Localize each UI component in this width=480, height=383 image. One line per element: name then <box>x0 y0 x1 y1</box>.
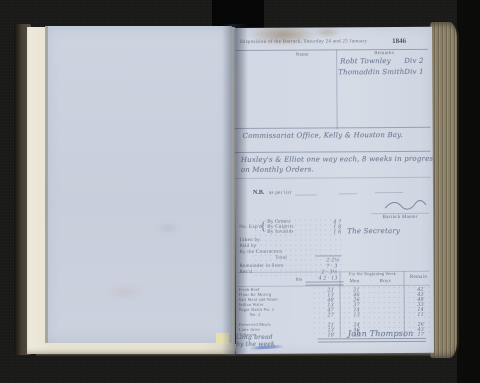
entry-note: Div 2 <box>404 57 424 65</box>
page-header-caption: Disposition of the Barrack, Saturday 24 … <box>240 39 367 45</box>
dash-rule <box>339 193 357 194</box>
table-row-label: Preserved Meats <box>239 323 271 327</box>
right-ledger-page: Disposition of the Barrack, Saturday 24 … <box>234 27 434 354</box>
form-extra-label: Remainder in Store <box>239 264 283 269</box>
scanned-book-photo: Disposition of the Barrack, Saturday 24 … <box>0 0 480 383</box>
dash-rule <box>295 194 317 195</box>
table-row-label: Indian Water <box>239 303 264 307</box>
entry-name: Robt Townley <box>340 57 391 65</box>
blue-pencil-mark <box>250 345 284 350</box>
table-total-double-rule <box>318 338 426 343</box>
nb-text: as per list <box>269 191 291 196</box>
form-total-rule <box>315 255 341 256</box>
nb-label: N.B. <box>253 190 264 196</box>
secretary-note: The Secretary <box>347 227 400 235</box>
form-total-label: Total <box>275 256 287 261</box>
table-row-label: Salt Meal and Water <box>239 298 279 302</box>
left-blank-page <box>45 26 232 343</box>
table-subcol-boys: Boys <box>380 279 392 284</box>
form-brace: { <box>260 219 266 234</box>
page-stain <box>312 27 342 37</box>
dash-rule <box>375 192 403 193</box>
page-year: 1846 <box>392 37 406 45</box>
signature: John Thompson <box>348 329 414 338</box>
background-right-shadow <box>457 0 480 383</box>
table-subcol-men: Men <box>350 279 360 284</box>
handwritten-note-line: on Monthly Orders. <box>241 166 314 174</box>
form-group-item: By Invalids <box>267 230 294 235</box>
table-row-label: No. 2 <box>250 313 261 317</box>
officer-title: Barrack Master <box>375 215 425 220</box>
handwritten-note-line: Huxley's & Elliot one way each, 8 weeks … <box>241 155 434 164</box>
table-cell: 13 <box>346 312 360 318</box>
page-stain <box>105 284 145 300</box>
table-row-label: Flour &c Morn'g <box>239 293 272 297</box>
column-header-name: Name <box>282 52 322 57</box>
table-cell: 27 <box>320 312 334 318</box>
column-header-remarks: Remarks <box>362 51 406 56</box>
table-row-label: Fresh Beef <box>239 288 260 292</box>
book-fore-edge-page-stack <box>430 22 459 358</box>
left-page-edge-strip <box>45 26 48 343</box>
section-rule <box>235 177 431 179</box>
column-divider <box>336 49 337 129</box>
handwritten-note-line: Commissariat Office, Kelly & Houston Bay… <box>243 131 403 140</box>
form-row-label: By the Contractors <box>239 250 282 255</box>
table-vertical-rule <box>403 271 404 337</box>
table-cell: 11 <box>408 312 424 318</box>
table-row-label: Sugar Basin No. 1 <box>239 308 275 312</box>
table-col-lbs: lbs <box>296 278 303 283</box>
table-row-label: Lime Juice <box>239 328 260 332</box>
section-rule <box>235 151 431 153</box>
signature-flourish-mark <box>383 199 427 211</box>
table-group-header: For the Beginning Week <box>346 272 399 277</box>
table-col-remain: Remain <box>408 275 430 280</box>
form-row-label: Paid by <box>239 244 256 249</box>
form-group-label: No. Exp'd <box>239 225 262 230</box>
form-row-label: Taken by <box>239 238 260 243</box>
yellow-page-tab <box>216 333 229 344</box>
entry-name: Thomaddin Smith <box>338 68 404 76</box>
entry-note: Div 1 <box>404 68 424 76</box>
form-group-value: 1 6 <box>323 229 341 235</box>
page-stain <box>155 222 181 234</box>
section-rule <box>235 127 431 129</box>
